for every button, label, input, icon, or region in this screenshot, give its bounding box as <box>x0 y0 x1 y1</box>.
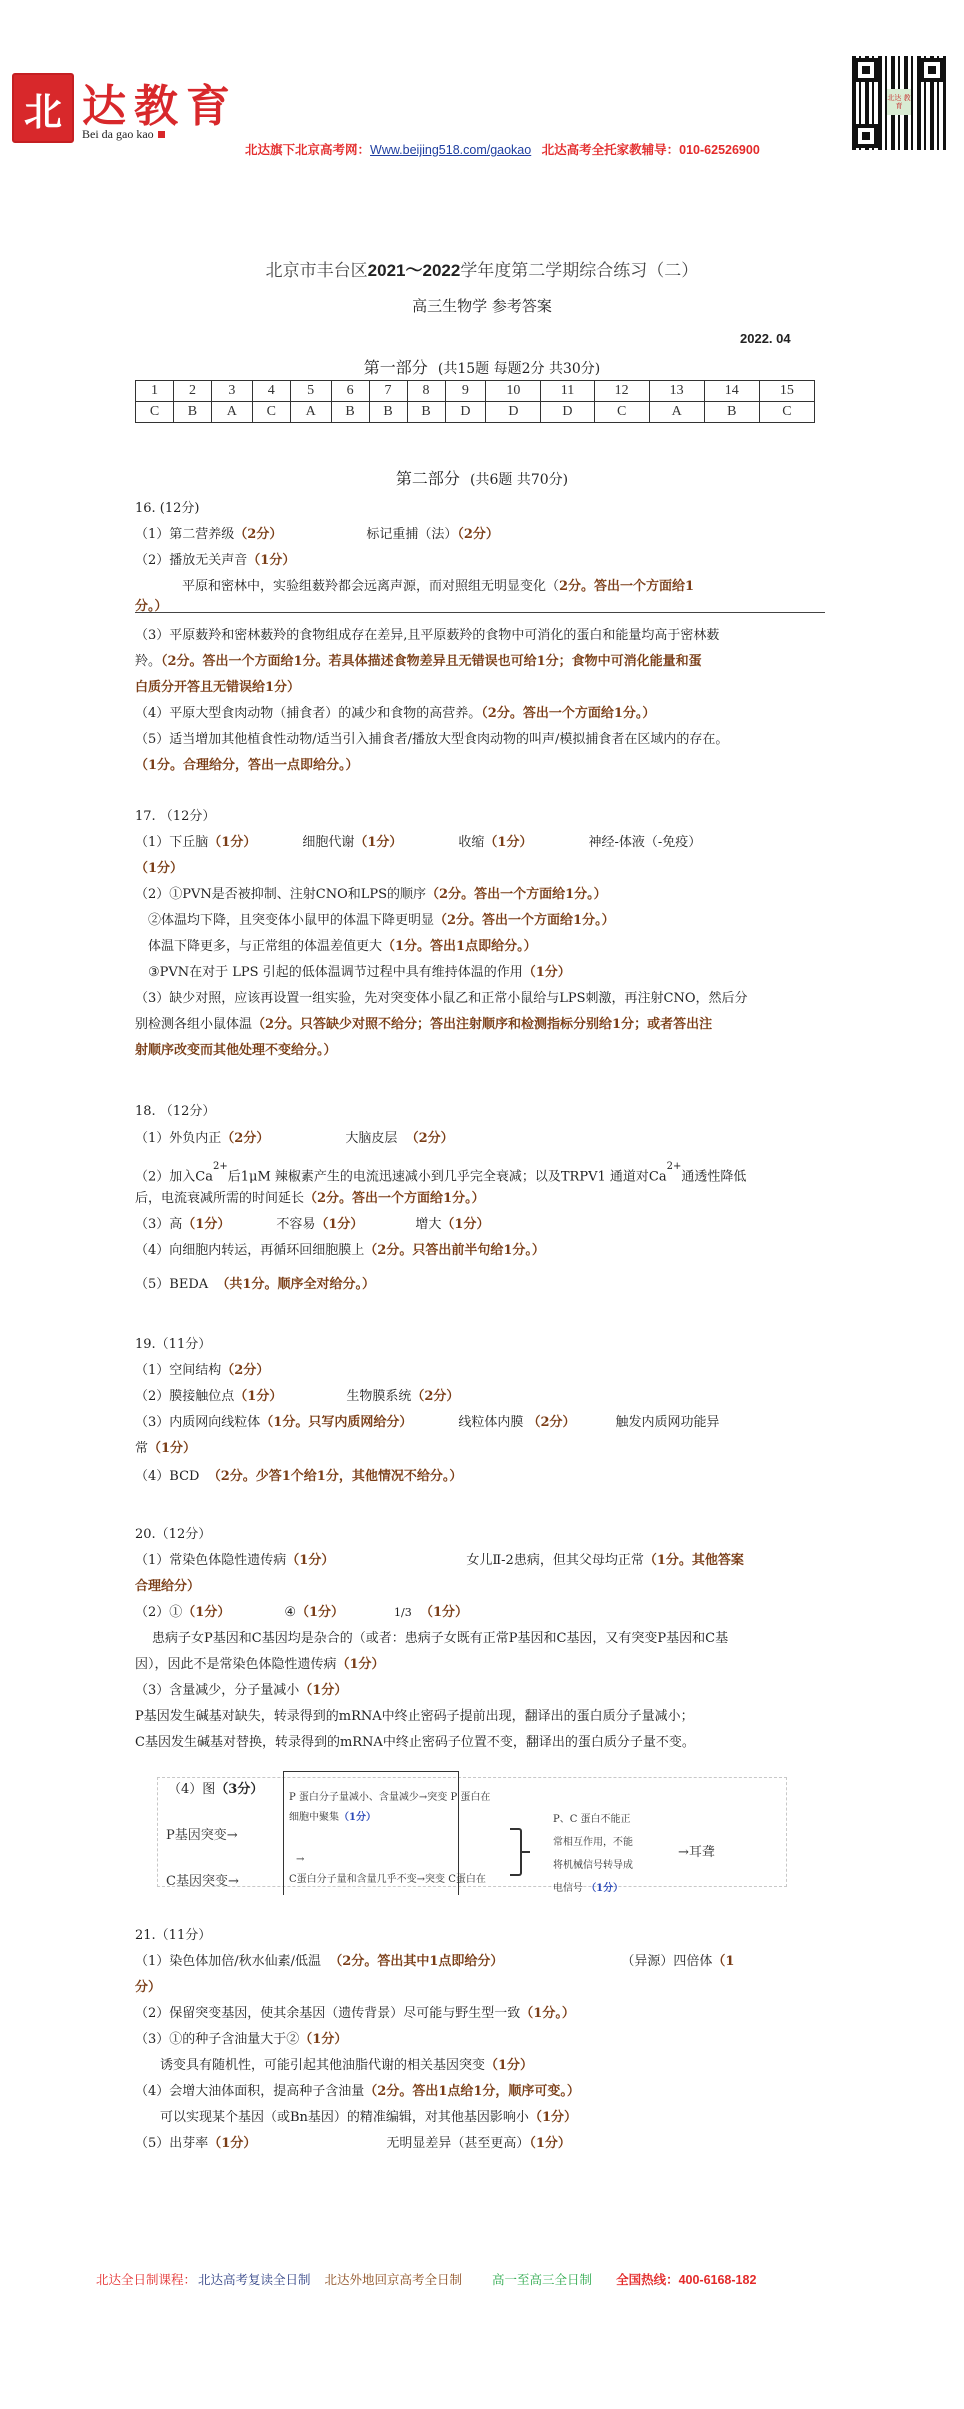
score-note: 白质分开答且无错误给1分） <box>135 680 300 695</box>
score-note: （共1分。顺序全对给分。） <box>216 1277 375 1292</box>
part2-heading: 第二部分 (共6题 共70分) <box>0 466 964 489</box>
q18-line: 后，电流衰减所需的时间延长（2分。答出一个方面给1分。） <box>135 1190 485 1208</box>
question-number: 1 <box>136 381 174 402</box>
question-number: 15 <box>759 381 814 402</box>
site-label: 北达旗下北京高考网： <box>245 143 370 157</box>
score-note: （2分） <box>411 1389 459 1404</box>
qr-code: 北达 教育 <box>852 56 946 150</box>
answer-text: （2）① <box>135 1605 182 1620</box>
answer-text: （3）①的种子含油量大于② <box>135 2032 299 2047</box>
score-note: （1分） <box>529 2136 571 2151</box>
score-note: （1分） <box>339 1812 376 1823</box>
answer-text: 无明显差异（甚至更高） <box>386 2136 529 2151</box>
answer-text: 1/3 <box>394 1606 412 1619</box>
site-link[interactable]: Www.beijing518.com/gaokao <box>370 143 531 157</box>
answer-table-numbers-row: 1 2 3 4 5 6 7 8 9 10 11 12 13 14 15 <box>136 381 815 402</box>
score-note: （2分。少答1个给1分，其他情况不给分。） <box>208 1469 463 1484</box>
q16-line: 平原和密林中，实验组薮羚都会远离声源，而对照组无明显变化（2分。答出一个方面给1 <box>182 578 694 596</box>
logo-char: 北 <box>24 81 62 136</box>
score-note: （1分） <box>315 1217 363 1232</box>
score-note: （1分） <box>135 861 183 876</box>
score-note: （2分。答出1点给1分，顺序可变。） <box>364 2084 580 2099</box>
answer-cell: C <box>759 402 814 423</box>
answer-text: （3）缺少对照，应该再设置一组实验，先对突变体小鼠乙和正常小鼠给与LPS刺激，再… <box>135 991 748 1006</box>
score-note: （1分） <box>208 835 256 850</box>
q17-line: （1分） <box>135 860 183 878</box>
superscript: 2+ <box>667 1161 682 1172</box>
q21-line: （3）①的种子含油量大于②（1分） <box>135 2031 347 2049</box>
score-note: （1分。只写内质网给分） <box>260 1415 412 1430</box>
score-note: （1分） <box>354 835 402 850</box>
answer-text: （4）向细胞内转运，再循环回细胞膜上 <box>135 1243 364 1258</box>
score-note: （2分。只答缺少对照不给分；答出注射顺序和检测指标分别给1分；或者答出注 <box>252 1017 712 1032</box>
q18-line: （4）向细胞内转运，再循环回细胞膜上（2分。只答出前半句给1分。） <box>135 1242 545 1260</box>
question-number: 11 <box>541 381 594 402</box>
part1-heading: 第一部分 (共15题 每题2分 共30分) <box>0 355 964 378</box>
question-number: 8 <box>407 381 445 402</box>
c-gene-mutation-label: C基因突变→ <box>166 1870 239 1889</box>
score-note: （2分。答出一个方面给1分。） <box>434 913 615 928</box>
answer-text: 细胞代谢 <box>302 835 354 850</box>
question-number: 5 <box>290 381 331 402</box>
score-note: （1分） <box>182 1605 230 1620</box>
score-note: 射顺序改变而其他处理不变给分。） <box>135 1043 337 1058</box>
q18-heading: 18. （12分） <box>135 1103 215 1121</box>
score-note: （2分） <box>457 527 499 542</box>
answer-text: （2）播放无关声音 <box>135 553 247 568</box>
logo-subtitle-text: Bei da gao kao <box>82 127 154 141</box>
answer-text: （5）适当增加其他植食性动物/适当引入捕食者/播放大型食肉动物的叫声/模拟捕食者… <box>135 732 728 747</box>
answer-text: （1）外负内正 <box>135 1131 221 1146</box>
q17-heading: 17. （12分） <box>135 808 215 826</box>
answer-cell: D <box>445 402 486 423</box>
q21-line: （4）会增大油体面积，提高种子含油量（2分。答出1点给1分，顺序可变。） <box>135 2083 580 2101</box>
score-note: （1分） <box>296 1605 344 1620</box>
superscript: 2+ <box>213 1161 228 1172</box>
score-note: 分） <box>135 1980 161 1995</box>
score-note: （1分） <box>182 1217 230 1232</box>
score-note: （2分。答出一个方面给1分。） <box>304 1191 485 1206</box>
document-subtitle: 高三生物学 参考答案 <box>0 295 964 316</box>
answer-text: ④ <box>284 1605 296 1620</box>
question-number: 2 <box>173 381 211 402</box>
footer-course-2[interactable]: 北达外地回京高考全日制 <box>325 2273 463 2287</box>
score-note: （1分） <box>484 835 532 850</box>
score-note: （2分。只答出前半句给1分。） <box>364 1243 545 1258</box>
diagram-title: （4）图（3分） <box>168 1778 263 1797</box>
answer-text: （2）加入Ca <box>135 1169 213 1184</box>
answer-cell: C <box>136 402 174 423</box>
q20-line: （1）常染色体隐性遗传病（1分）女儿Ⅱ-2患病，但其父母均正常（1分。其他答案 <box>135 1552 744 1570</box>
footer-hotline: 全国热线：400-6168-182 <box>616 2273 756 2287</box>
score-note: （1分） <box>247 553 295 568</box>
score-note: （1分） <box>208 2136 256 2151</box>
answer-text: 后，电流衰减所需的时间延长 <box>135 1191 304 1206</box>
answer-text: （5）BEDA <box>135 1277 208 1292</box>
answer-text: P基因发生碱基对缺失，转录得到的mRNA中终止密码子提前出现，翻译出的蛋白质分子… <box>135 1709 694 1724</box>
answer-text: 体温下降更多，与正常组的体温差值更大 <box>148 939 382 954</box>
answer-text: （4）平原大型食肉动物（捕食者）的减少和食物的高营养。 <box>135 706 481 721</box>
qr-finder-icon <box>854 124 878 148</box>
q19-line: （1）空间结构（2分） <box>135 1362 269 1380</box>
score-note: （1分。答出1点即给分。） <box>382 939 537 954</box>
diagram-score: （3分） <box>215 1782 263 1797</box>
interaction-effect: P、C 蛋白不能正 常相互作用，不能 将机械信号转导成 电信号 （1分） <box>553 1808 653 1900</box>
q18-line: （2）加入Ca2+后1μM 辣椒素产生的电流迅速减小到几乎完全衰减；以及TRPV… <box>135 1164 746 1186</box>
answer-cell: C <box>252 402 290 423</box>
q21-line: 分） <box>135 1979 161 1997</box>
answer-text: 标记重捕（法） <box>366 527 457 542</box>
score-note: 合理给分） <box>135 1579 200 1594</box>
score-note: （1分。合理给分，答出一点即给分。） <box>135 758 359 773</box>
protein-effects-box: P 蛋白分子量减小、含量减少→突变 P 蛋白在 细胞中聚集（1分） → C蛋白分… <box>283 1771 459 1895</box>
answer-text: （3）高 <box>135 1217 182 1232</box>
tutor-hotline: 北达高考全托家教辅导：010-62526900 <box>542 143 760 157</box>
q16-heading: 16. (12分) <box>135 500 200 518</box>
logo-mark: 北 <box>12 73 74 143</box>
q18-line: （1）外负内正（2分）大脑皮层 （2分） <box>135 1130 454 1148</box>
answer-text: 通透性降低 <box>681 1169 746 1184</box>
q18-line: （3）高（1分）不容易（1分）增大（1分） <box>135 1216 489 1234</box>
score-note: （1分） <box>420 1605 468 1620</box>
q19-heading: 19.（11分） <box>135 1336 211 1354</box>
score-note: （1分） <box>529 2110 577 2125</box>
answer-text: 不容易 <box>276 1217 315 1232</box>
footer-label: 北达全日制课程： <box>96 2273 196 2287</box>
q17-line: ②体温均下降，且突变体小鼠甲的体温下降更明显（2分。答出一个方面给1分。） <box>148 912 615 930</box>
logo-subtitle: Bei da gao kao <box>82 127 165 142</box>
q19-line: （4）BCD （2分。少答1个给1分，其他情况不给分。） <box>135 1468 462 1486</box>
q21-line: （5）出芽率（1分）无明显差异（甚至更高）（1分） <box>135 2135 571 2153</box>
answer-table: 1 2 3 4 5 6 7 8 9 10 11 12 13 14 15 C B … <box>135 380 815 423</box>
q21-line: （2）保留突变基因，使其余基因（遗传背景）尽可能与野生型一致（1分。） <box>135 2005 575 2023</box>
answer-text: （1）空间结构 <box>135 1363 221 1378</box>
p-protein-text: 细胞中聚集 <box>289 1812 339 1823</box>
c-protein-effect: C蛋白分子量和含量几乎不变→突变 C蛋白在 <box>289 1872 486 1888</box>
q16-line: （1）第二营养级（2分）标记重捕（法）（2分） <box>135 526 499 544</box>
answer-text: 增大 <box>415 1217 441 1232</box>
answer-text: 后1μM 辣椒素产生的电流迅速减小到几乎完全衰减；以及TRPV1 通道对Ca <box>228 1169 667 1184</box>
answer-cell: B <box>704 402 759 423</box>
answer-text: （5）出芽率 <box>135 2136 208 2151</box>
q20-line: 合理给分） <box>135 1578 200 1596</box>
p-gene-mutation-label: P基因突变→ <box>166 1824 238 1843</box>
answer-cell: C <box>594 402 649 423</box>
answer-text: （异源）四倍体 <box>621 1954 712 1969</box>
q21-line: （1）染色体加倍/秋水仙素/低温 （2分。答出其中1点即给分）（异源）四倍体（1 <box>135 1953 734 1971</box>
question-number: 6 <box>331 381 369 402</box>
answer-cell: B <box>369 402 407 423</box>
title-prefix: 北京市丰台区 <box>266 261 368 281</box>
score-note: （2分） <box>234 527 282 542</box>
answer-text: 线粒体内膜 <box>458 1415 523 1430</box>
q21-heading: 21.（11分） <box>135 1927 211 1945</box>
footer-course-1[interactable]: 北达高考复读全日制 <box>198 2273 311 2287</box>
effect-text: 常相互作用，不能 <box>553 1831 653 1854</box>
q20-line: （3）含量减少，分子量减小（1分） <box>135 1682 347 1700</box>
q16-line: （3）平原薮羚和密林薮羚的食物组成存在差异,且平原薮羚的食物中可消化的蛋白和能量… <box>135 627 719 645</box>
score-note: （1分） <box>234 1389 282 1404</box>
answer-text: 神经-体液（-免疫） <box>588 835 701 850</box>
part1-title: 第一部分 <box>364 358 428 377</box>
q17-line: 体温下降更多，与正常组的体温差值更大（1分。答出1点即给分。） <box>148 938 537 956</box>
answer-text: 生物膜系统 <box>346 1389 411 1404</box>
score-note: （2分。答出一个方面给1分。若具体描述食物差异且无错误也可给1分；食物中可消化能… <box>161 654 702 669</box>
p-protein-effect-cont: 细胞中聚集（1分） <box>289 1810 376 1826</box>
effect-text: 将机械信号转导成 <box>553 1854 653 1877</box>
answer-text: 大脑皮层 <box>345 1131 397 1146</box>
answer-text: 因），因此不是常染色体隐性遗传病 <box>135 1657 337 1672</box>
question-number: 4 <box>252 381 290 402</box>
answer-text: 收缩 <box>458 835 484 850</box>
q16-line: （5）适当增加其他植食性动物/适当引入捕食者/播放大型食肉动物的叫声/模拟捕食者… <box>135 731 728 749</box>
score-note: （2分） <box>221 1131 269 1146</box>
part2-note: (共6题 共70分) <box>470 472 568 488</box>
q17-line: ③PVN在对于 LPS 引起的低体温调节过程中具有维持体温的作用（1分） <box>148 964 571 982</box>
score-note: （2分） <box>406 1131 454 1146</box>
q20-line: 患病子女P基因和C基因均是杂合的（或者：患病子女既有正常P基因和C基因，又有突变… <box>152 1630 728 1648</box>
score-note: （2分。答出一个方面给1分。） <box>426 887 607 902</box>
score-note: 2分。答出一个方面给1 <box>559 579 694 594</box>
score-note: （1分） <box>148 1441 196 1456</box>
answer-text: （3）平原薮羚和密林薮羚的食物组成存在差异,且平原薮羚的食物中可消化的蛋白和能量… <box>135 628 719 643</box>
answer-text: （4）BCD <box>135 1469 199 1484</box>
score-note: （1分） <box>441 1217 489 1232</box>
divider-line <box>135 612 825 613</box>
answer-text: 别检测各组小鼠体温 <box>135 1017 252 1032</box>
title-suffix: 学年度第二学期综合练习（二） <box>460 261 698 281</box>
effect-text: 电信号 <box>553 1883 583 1894</box>
answer-text: 可以实现某个基因（或Bn基因）的精准编辑，对其他基因影响小 <box>160 2110 529 2125</box>
answer-text: 女儿Ⅱ-2患病，但其父母均正常 <box>466 1553 644 1568</box>
question-number: 12 <box>594 381 649 402</box>
title-years: 2021～2022 <box>368 261 461 280</box>
score-note: （1分） <box>299 1683 347 1698</box>
q16-line: 羚。（2分。答出一个方面给1分。若具体描述食物差异且无错误也可给1分；食物中可消… <box>135 653 702 671</box>
score-note: （1分） <box>586 1883 623 1894</box>
score-note: （2分。答出一个方面给1分。） <box>481 706 655 721</box>
gene-mutation-diagram: （4）图（3分） P 蛋白分子量减小、含量减少→突变 P 蛋白在 细胞中聚集（1… <box>157 1777 787 1887</box>
document-date: 2022. 04 <box>740 331 791 346</box>
q20-line: C基因发生碱基对替换，转录得到的mRNA中终止密码子位置不变，翻译出的蛋白质分子… <box>135 1734 695 1752</box>
part1-note: (共15题 每题2分 共30分) <box>438 361 600 377</box>
answer-cell: A <box>290 402 331 423</box>
answer-text: 羚。 <box>135 654 161 669</box>
document-title: 北京市丰台区2021～2022学年度第二学期综合练习（二） <box>0 256 964 281</box>
answer-table-answers-row: C B A C A B B B D D D C A B C <box>136 402 815 423</box>
brace-icon <box>510 1828 522 1876</box>
q16-line: 白质分开答且无错误给1分） <box>135 679 300 697</box>
answer-text: （2）①PVN是否被抑制、注射CNO和LPS的顺序 <box>135 887 426 902</box>
q16-line: 分。） <box>135 598 168 616</box>
q16-line: （1分。合理给分，答出一点即给分。） <box>135 757 359 775</box>
score-note: （1分） <box>299 2032 347 2047</box>
answer-text: 常 <box>135 1441 148 1456</box>
logo-text: 达教育 <box>82 70 238 134</box>
answer-text: （1）常染色体隐性遗传病 <box>135 1553 286 1568</box>
effect-text-last: 电信号 （1分） <box>553 1877 653 1900</box>
q19-line: 常（1分） <box>135 1440 196 1458</box>
answer-text: ③PVN在对于 LPS 引起的低体温调节过程中具有维持体温的作用 <box>148 965 523 980</box>
question-number: 14 <box>704 381 759 402</box>
header-contact-line: 北达旗下北京高考网：Www.beijing518.com/gaokao 北达高考… <box>245 140 760 158</box>
answer-text: （3）内质网向线粒体 <box>135 1415 260 1430</box>
score-note: （1分） <box>485 2058 533 2073</box>
deafness-result: →耳聋 <box>678 1841 715 1860</box>
diagram-title-text: （4）图 <box>168 1782 215 1797</box>
q17-line: 射顺序改变而其他处理不变给分。） <box>135 1042 337 1060</box>
score-note: （2分） <box>221 1363 269 1378</box>
q17-line: 别检测各组小鼠体温（2分。只答缺少对照不给分；答出注射顺序和检测指标分别给1分；… <box>135 1016 712 1034</box>
answer-text: 诱变具有随机性，可能引起其他油脂代谢的相关基因突变 <box>160 2058 485 2073</box>
footer-course-3[interactable]: 高一至高三全日制 <box>492 2273 592 2287</box>
question-number: 10 <box>486 381 541 402</box>
answer-cell: B <box>331 402 369 423</box>
q21-line: 可以实现某个基因（或Bn基因）的精准编辑，对其他基因影响小（1分） <box>160 2109 577 2127</box>
answer-cell: D <box>486 402 541 423</box>
square-icon <box>158 131 165 138</box>
score-note: （2分） <box>527 1415 575 1430</box>
q18-line: （5）BEDA （共1分。顺序全对给分。） <box>135 1276 375 1294</box>
score-note: （1分。） <box>520 2006 575 2021</box>
score-note: （1分。其他答案 <box>644 1553 744 1568</box>
q19-line: （3）内质网向线粒体（1分。只写内质网给分）线粒体内膜 （2分）触发内质网功能异 <box>135 1414 720 1432</box>
score-note: （2分。答出其中1点即给分） <box>329 1954 503 1969</box>
qr-center-logo: 北达 教育 <box>887 89 911 115</box>
answer-text: （1）染色体加倍/秋水仙素/低温 <box>135 1954 321 1969</box>
answer-text: 患病子女P基因和C基因均是杂合的（或者：患病子女既有正常P基因和C基因，又有突变… <box>152 1631 728 1646</box>
question-number: 13 <box>649 381 704 402</box>
p-protein-effect: P 蛋白分子量减小、含量减少→突变 P 蛋白在 <box>289 1790 490 1806</box>
answer-text: 平原和密林中，实验组薮羚都会远离声源，而对照组无明显变化（ <box>182 579 559 594</box>
answer-cell: A <box>649 402 704 423</box>
effect-text: P、C 蛋白不能正 <box>553 1808 653 1831</box>
answer-cell: A <box>211 402 252 423</box>
score-note: （1分） <box>286 1553 334 1568</box>
q17-line: （1）下丘脑（1分）细胞代谢（1分）收缩（1分）神经-体液（-免疫） <box>135 834 701 852</box>
q20-line: P基因发生碱基对缺失，转录得到的mRNA中终止密码子提前出现，翻译出的蛋白质分子… <box>135 1708 694 1726</box>
score-note: （1分） <box>523 965 571 980</box>
answer-text: （3）含量减少，分子量减小 <box>135 1683 299 1698</box>
answer-cell: B <box>173 402 211 423</box>
answer-text: （2）保留突变基因，使其余基因（遗传背景）尽可能与野生型一致 <box>135 2006 520 2021</box>
q20-heading: 20.（12分） <box>135 1526 211 1544</box>
qr-finder-icon <box>854 58 878 82</box>
q21-line: 诱变具有随机性，可能引起其他油脂代谢的相关基因突变（1分） <box>160 2057 533 2075</box>
q20-line: （2）①（1分）④（1分）1/3 （1分） <box>135 1604 468 1622</box>
q16-line: （2）播放无关声音（1分） <box>135 552 295 570</box>
question-number: 9 <box>445 381 486 402</box>
qr-finder-icon <box>920 58 944 82</box>
q19-line: （2）膜接触位点（1分）生物膜系统（2分） <box>135 1388 459 1406</box>
q20-line: 因），因此不是常染色体隐性遗传病（1分） <box>135 1656 385 1674</box>
score-note: （1分） <box>337 1657 385 1672</box>
score-note: （1 <box>712 1954 734 1969</box>
question-number: 7 <box>369 381 407 402</box>
answer-text: （2）膜接触位点 <box>135 1389 234 1404</box>
answer-text: ②体温均下降，且突变体小鼠甲的体温下降更明显 <box>148 913 434 928</box>
question-number: 3 <box>211 381 252 402</box>
answer-cell: D <box>541 402 594 423</box>
footer-ad: 北达全日制课程：北达高考复读全日制北达外地回京高考全日制高一至高三全日制全国热线… <box>96 2270 756 2288</box>
answer-cell: B <box>407 402 445 423</box>
q17-line: （2）①PVN是否被抑制、注射CNO和LPS的顺序（2分。答出一个方面给1分。） <box>135 886 607 904</box>
answer-text: 触发内质网功能异 <box>616 1415 720 1430</box>
answer-text: （1）第二营养级 <box>135 527 234 542</box>
answer-text: （4）会增大油体面积，提高种子含油量 <box>135 2084 364 2099</box>
answer-text: （1）下丘脑 <box>135 835 208 850</box>
answer-text: C基因发生碱基对替换，转录得到的mRNA中终止密码子位置不变，翻译出的蛋白质分子… <box>135 1735 695 1750</box>
part2-title: 第二部分 <box>396 469 460 488</box>
q17-line: （3）缺少对照，应该再设置一组实验，先对突变体小鼠乙和正常小鼠给与LPS刺激，再… <box>135 990 748 1008</box>
arrow-icon: → <box>296 1852 304 1868</box>
q16-line: （4）平原大型食肉动物（捕食者）的减少和食物的高营养。（2分。答出一个方面给1分… <box>135 705 655 723</box>
